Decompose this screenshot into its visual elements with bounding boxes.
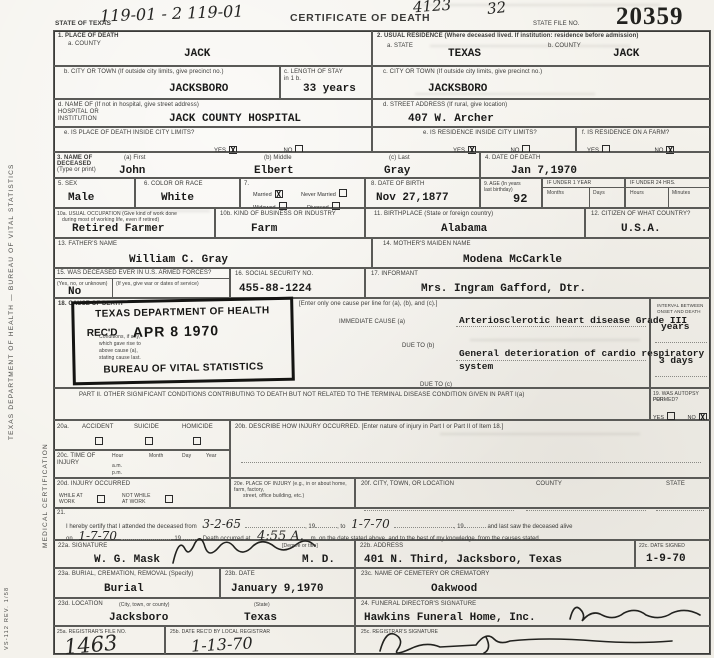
field-value: Retired Farmer [72, 223, 164, 235]
stamp-recd-label: REC'D [87, 327, 118, 339]
interval-a-value: years [661, 321, 690, 332]
field-marital-status: 7. MarriedX Never Married Widowed Divorc… [240, 178, 365, 208]
stamp-agency: TEXAS DEPARTMENT OF HEALTH [74, 305, 290, 321]
field-value: Jan 7,1970 [511, 165, 577, 177]
field-label: e. IS RESIDENCE INSIDE CITY LIMITS? [423, 130, 537, 137]
state-file-no-label: STATE FILE NO. [533, 21, 580, 28]
field-part2-conditions: PART II. OTHER SIGNIFICANT CONDITIONS CO… [53, 388, 650, 420]
field-value: Nov 27,1877 [376, 192, 449, 204]
sub-label: (State) [254, 602, 270, 608]
interval-header: ONSET AND DEATH [657, 308, 701, 315]
field-label: 5. SEX [58, 181, 77, 188]
field-physician-signature: 22a. SIGNATURE W. G. Mask [Degree or tit… [53, 540, 355, 568]
field-label: 8. DATE OF BIRTH [371, 181, 424, 188]
field-injury-occurred: 20d. INJURY OCCURRED WHILE AT WORK NOT W… [53, 478, 230, 508]
field-label: 7. [244, 181, 249, 188]
field-value: Oakwood [431, 583, 477, 595]
sub-label: (If yes, give war or dates of service) [116, 281, 199, 287]
fill-line [464, 518, 486, 528]
homicide-checkbox [193, 437, 201, 445]
field-label: 22a. SIGNATURE [58, 543, 107, 550]
while-at-work-checkbox [97, 495, 105, 503]
field-value: JACK [184, 48, 210, 60]
field-label: 24. FUNERAL DIRECTOR'S SIGNATURE [361, 601, 476, 608]
field-label: IF UNDER 1 YEAR [547, 180, 591, 186]
field-sex: 5. SEX Male [53, 178, 135, 208]
field-value: White [161, 192, 194, 204]
field-value: 401 N. Third, Jacksboro, Texas [364, 554, 562, 566]
field-label: 20c. TIME OF [57, 453, 95, 460]
fill-line [394, 518, 454, 528]
field-value: JACK COUNTY HOSPITAL [169, 113, 301, 125]
field-value: 455-88-1224 [239, 283, 312, 295]
first-name-label: (a) First [124, 155, 146, 162]
field-name-of-deceased: 3. NAME OF DECEASED (Type or print) (a) … [53, 152, 480, 178]
divider [668, 188, 669, 207]
date-received-value: 1-13-70 [191, 633, 254, 655]
field-label: 22c. DATE SIGNED [639, 543, 685, 549]
suicide-checkbox [145, 437, 153, 445]
county-label: COUNTY [536, 481, 562, 488]
margin-agency-text: TEXAS DEPARTMENT OF HEALTH — BUREAU OF V… [8, 50, 15, 440]
field-label: a. COUNTY [68, 41, 101, 48]
field-value: JACK [613, 48, 639, 60]
handwritten-number-32: 32 [486, 0, 507, 18]
field-certification-statement: 21. I hereby certify that I attended the… [53, 508, 711, 540]
suicide-label: SUICIDE [134, 424, 159, 431]
fill-line [456, 351, 646, 361]
field-time-of-injury: 20c. TIME OF INJURY Hour Month Day Year … [53, 450, 230, 478]
fill-line [121, 530, 171, 540]
physician-signature-handwriting [169, 533, 319, 569]
cause-b-value-line2: system [459, 361, 493, 372]
field-label: 20b. DESCRIBE HOW INJURY OCCURRED. [Ente… [235, 424, 503, 431]
field-residence-inside-city-limits: e. IS RESIDENCE INSIDE CITY LIMITS? YESX… [372, 127, 576, 152]
field-fathers-name: 13. FATHER'S NAME William C. Gray [53, 238, 372, 268]
field-death-inside-city-limits: e. IS PLACE OF DEATH INSIDE CITY LIMITS?… [53, 127, 372, 152]
city-town-label: 20f. CITY, TOWN, OR LOCATION [361, 481, 454, 488]
field-value: 33 years [303, 83, 356, 95]
divider [589, 188, 590, 207]
field-label: 20d. INJURY OCCURRED [57, 481, 130, 488]
field-label: INJURY [57, 460, 79, 467]
yes-checkbox [667, 412, 675, 420]
accident-label: ACCIDENT [82, 424, 113, 431]
days-label: Days [593, 190, 605, 196]
field-label: PART II. OTHER SIGNIFICANT CONDITIONS CO… [79, 392, 639, 399]
field-date-received: 25b. DATE REC'D BY LOCAL REGISTRAR 1-13-… [165, 626, 355, 655]
state-value: Texas [244, 612, 277, 624]
field-registrar-signature: 25c. REGISTRAR'S SIGNATURE [355, 626, 711, 655]
months-label: Months [547, 190, 564, 196]
state-file-number: 20359 [616, 3, 684, 31]
field-value: U.S.A. [621, 223, 661, 235]
field-date-signed: 22c. DATE SIGNED 1-9-70 [635, 540, 711, 568]
pm-label: p.m. [112, 470, 122, 476]
hour-label: Hour [112, 453, 123, 459]
state-label: STATE [666, 481, 685, 488]
field-value: January 9,1970 [231, 583, 323, 595]
field-label: 10b. KIND OF BUSINESS OR INDUSTRY [220, 211, 336, 218]
field-label: 16. SOCIAL SECURITY NO. [235, 271, 313, 278]
field-value: JACKSBORO [428, 83, 487, 95]
registrar-signature-handwriting [366, 623, 686, 658]
field-city-or-town-death: b. CITY OR TOWN (If outside city limits,… [53, 66, 280, 99]
last-name-value: Gray [384, 165, 410, 177]
field-label: 22b. ADDRESS [360, 543, 403, 550]
field-label: b. COUNTY [548, 43, 581, 50]
homicide-label: HOMICIDE [182, 424, 213, 431]
field-label: INSTITUTION [58, 116, 97, 123]
subgrid: (Yes, no, or unknown) (If yes, give war … [54, 278, 229, 297]
field-label: 20a. [57, 424, 69, 431]
field-city-or-town-residence: c. CITY OR TOWN (If outside city limits,… [372, 66, 711, 99]
field-label: e. IS PLACE OF DEATH INSIDE CITY LIMITS? [64, 130, 194, 137]
field-label: 11. BIRTHPLACE (State or foreign country… [374, 211, 493, 218]
field-label: FORMED? [653, 397, 678, 403]
field-physician-address: 22b. ADDRESS 401 N. Third, Jacksboro, Te… [355, 540, 635, 568]
item-number: 21. [57, 510, 66, 517]
handwritten-number-4123: 4123 [412, 0, 451, 16]
field-label: 1. PLACE OF DEATH [58, 33, 119, 40]
subgrid: Months Days [543, 187, 624, 207]
sub-label: (Yes, no, or unknown) [57, 281, 108, 287]
fill-line [655, 367, 707, 377]
field-informant: 17. INFORMANT Mrs. Ingram Gafford, Dtr. [365, 268, 711, 298]
due-to-b-label: DUE TO (b) [402, 343, 434, 350]
stamp-bureau: BUREAU OF VITAL STATISTICS [75, 361, 291, 377]
divider [112, 279, 113, 297]
field-label: 23b. DATE [225, 571, 255, 578]
field-injury-city-county-state: 20f. CITY, TOWN, OR LOCATION COUNTY STAT… [355, 478, 711, 508]
field-interval-onset-death: INTERVAL BETWEEN ONSET AND DEATH years 3… [650, 298, 711, 388]
field-label: IF UNDER 24 HRS. [630, 180, 676, 186]
field-label: 23c. NAME OF CEMETERY OR CREMATORY [361, 571, 490, 578]
field-place-of-death: 1. PLACE OF DEATH a. COUNTY JACK [53, 30, 372, 66]
file-no-value: 1463 [63, 631, 118, 658]
field-length-of-stay: c. LENGTH OF STAY in 1 b. 33 years [280, 66, 372, 99]
field-burial-date: 23b. DATE January 9,1970 [220, 568, 355, 598]
field-cemetery: 23c. NAME OF CEMETERY OR CREMATORY Oakwo… [355, 568, 711, 598]
field-value: Modena McCarkle [463, 254, 562, 266]
certificate-title: CERTIFICATE OF DEATH [290, 15, 430, 22]
field-label: 14. MOTHER'S MAIDEN NAME [383, 241, 471, 248]
field-armed-forces: 15. WAS DECEASED EVER IN U.S. ARMED FORC… [53, 268, 230, 298]
field-label: c. LENGTH OF STAY [284, 69, 343, 76]
field-label: 15. WAS DECEASED EVER IN U.S. ARMED FORC… [57, 270, 211, 277]
field-label: 2. USUAL RESIDENCE (Where deceased lived… [377, 33, 638, 40]
immediate-cause-label: IMMEDIATE CAUSE (a) [339, 319, 405, 326]
field-label: 13. FATHER'S NAME [58, 241, 117, 248]
field-label: 6. COLOR OR RACE [144, 181, 203, 188]
field-label: in 1 b. [284, 76, 301, 83]
field-label: 23d. LOCATION [58, 601, 103, 608]
day-label: Day [182, 453, 191, 459]
not-while-checkbox [165, 495, 173, 503]
death-certificate-scan: TEXAS DEPARTMENT OF HEALTH — BUREAU OF V… [0, 0, 714, 658]
field-label: street, office building, etc.) [243, 493, 304, 499]
field-describe-injury: 20b. DESCRIBE HOW INJURY OCCURRED. [Ente… [230, 420, 711, 478]
middle-name-label: (b) Middle [264, 155, 292, 162]
physician-name: W. G. Mask [94, 554, 160, 566]
field-label: (Type or print) [57, 167, 96, 174]
first-name-value: John [119, 165, 145, 177]
stamp-date: APR 8 1970 [133, 322, 220, 340]
field-value: 407 W. Archer [408, 113, 494, 125]
margin-form-code: VS-112 REV. 1/58 [4, 520, 10, 650]
margin-medical-certification-text: MEDICAL CERTIFICATION [42, 388, 49, 548]
field-label: last birthday) [484, 187, 513, 193]
last-name-label: (c) Last [389, 155, 410, 162]
field-value: William C. Gray [129, 254, 228, 266]
year-label: Year [206, 453, 217, 459]
sub-label: (City, town, or county) [119, 602, 170, 608]
fill-line [315, 518, 337, 528]
fill-line [655, 333, 707, 343]
field-street-address: d. STREET ADDRESS (If rural, give locati… [372, 99, 711, 127]
field-social-security-no: 16. SOCIAL SECURITY NO. 455-88-1224 [230, 268, 365, 298]
never-married-checkbox [339, 189, 347, 197]
received-stamp: TEXAS DEPARTMENT OF HEALTH REC'D APR 8 1… [71, 297, 295, 386]
field-usual-residence: 2. USUAL RESIDENCE (Where deceased lived… [372, 30, 711, 66]
field-date-of-death: 4. DATE OF DEATH Jan 7,1970 [480, 152, 711, 178]
field-usual-occupation: 10a. USUAL OCCUPATION (Give kind of work… [53, 208, 215, 238]
field-if-under-24-hrs: IF UNDER 24 HRS. Hours Minutes [625, 178, 711, 208]
field-mothers-maiden-name: 14. MOTHER'S MAIDEN NAME Modena McCarkle [372, 238, 711, 268]
field-label: 20e. PLACE OF INJURY (e.g., in or about … [234, 481, 352, 493]
fill-line [245, 518, 305, 528]
field-value: Male [68, 192, 94, 204]
field-label: d. STREET ADDRESS (If rural, give locati… [383, 102, 507, 109]
field-label: 4. DATE OF DEATH [485, 155, 540, 162]
field-label: a. STATE [387, 43, 413, 50]
degree-label: [Degree or title] [282, 543, 318, 549]
not-while-label: AT WORK [122, 499, 146, 505]
field-citizen-of: 12. CITIZEN OF WHAT COUNTRY? U.S.A. [585, 208, 711, 238]
field-value: 1-9-70 [646, 553, 686, 565]
am-label: a.m. [112, 463, 122, 469]
field-residence-on-farm: f. IS RESIDENCE ON A FARM? YES NOX [576, 127, 711, 152]
month-label: Month [149, 453, 163, 459]
field-value: 92 [513, 192, 527, 206]
field-value: Mrs. Ingram Gafford, Dtr. [421, 283, 586, 295]
field-label: 12. CITIZEN OF WHAT COUNTRY? [591, 211, 690, 218]
field-label: 23a. BURIAL, CREMATION, REMOVAL (Specify… [58, 571, 193, 578]
handwritten-district-number: 119-01 - 2 119-01 [100, 2, 244, 26]
field-place-of-injury: 20e. PLACE OF INJURY (e.g., in or about … [230, 478, 355, 508]
field-value: Farm [251, 223, 277, 235]
field-label: c. CITY OR TOWN (If outside city limits,… [383, 69, 542, 76]
field-hospital: d. NAME OF (If not in hospital, give str… [53, 99, 372, 127]
city-value: Jacksboro [109, 612, 168, 624]
fill-line [241, 453, 701, 463]
field-age: 9. AGE (In years last birthday) 92 [480, 178, 542, 208]
field-birthplace: 11. BIRTHPLACE (State or foreign country… [365, 208, 585, 238]
field-accident-suicide-homicide: 20a. ACCIDENT SUICIDE HOMICIDE [53, 420, 230, 450]
field-burial-location: 23d. LOCATION (City, town, or county) (S… [53, 598, 355, 626]
field-note: [Enter only one cause per line for (a), … [299, 301, 437, 308]
field-date-of-birth: 8. DATE OF BIRTH Nov 27,1877 [365, 178, 480, 208]
field-value: Burial [104, 583, 144, 595]
field-burial-cremation: 23a. BURIAL, CREMATION, REMOVAL (Specify… [53, 568, 220, 598]
field-label: f. IS RESIDENCE ON A FARM? [582, 130, 669, 137]
hours-label: Hours [630, 190, 644, 196]
field-value: TEXAS [448, 48, 481, 60]
field-color-or-race: 6. COLOR OR RACE White [135, 178, 240, 208]
field-label: 17. INFORMANT [371, 271, 418, 278]
fill-line [456, 317, 646, 327]
field-funeral-director: 24. FUNERAL DIRECTOR'S SIGNATURE Hawkins… [355, 598, 711, 626]
field-if-under-1-year: IF UNDER 1 YEAR Months Days [542, 178, 625, 208]
accident-checkbox [95, 437, 103, 445]
field-kind-of-business: 10b. KIND OF BUSINESS OR INDUSTRY Farm [215, 208, 365, 238]
middle-name-value: Elbert [254, 165, 294, 177]
field-value: JACKSBORO [169, 83, 228, 95]
degree-value: M. D. [302, 554, 335, 566]
minutes-label: Minutes [672, 190, 690, 196]
field-label: HOSPITAL OR [58, 109, 99, 116]
while-at-work-label: WORK [59, 499, 75, 505]
field-label: b. CITY OR TOWN (If outside city limits,… [64, 69, 224, 76]
field-value: Alabama [441, 223, 487, 235]
field-label: d. NAME OF (If not in hospital, give str… [58, 102, 199, 109]
field-autopsy: 19. WAS AUTOPSY PER- FORMED? YES NOX [650, 388, 711, 420]
subgrid: Hours Minutes [626, 187, 710, 207]
interval-b-value: 3 days [659, 355, 693, 366]
field-registrar-file-no: 25a. REGISTRAR'S FILE NO. 1463 [53, 626, 165, 655]
field-value: No [68, 286, 81, 298]
